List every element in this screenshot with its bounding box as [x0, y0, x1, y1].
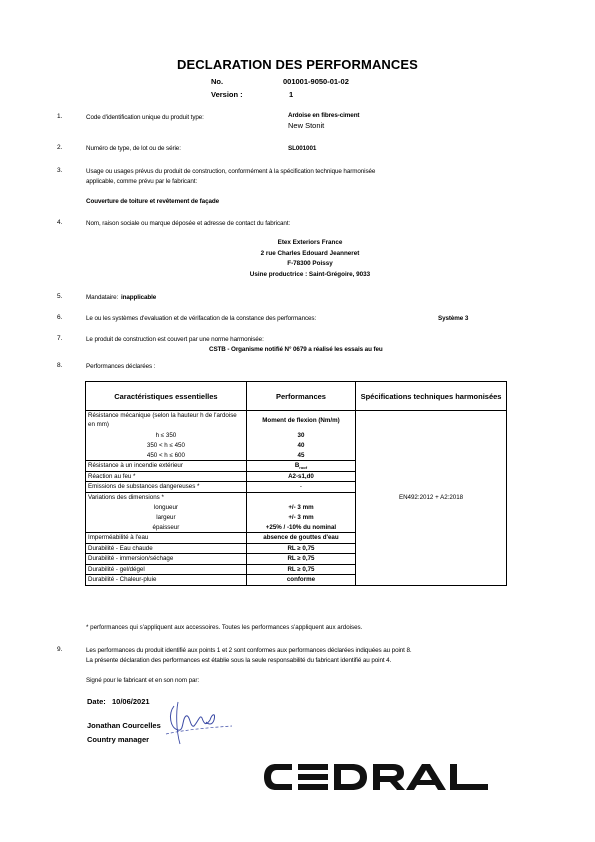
fire-class-subscript: roof	[299, 465, 307, 470]
harmonised-spec: EN492:2012 + A2:2018	[356, 411, 507, 586]
type-number: SL001001	[288, 145, 316, 152]
section-6-label: Le ou les systèmes d'evaluation et de vé…	[86, 315, 316, 322]
row-label: épaisseur	[86, 522, 247, 533]
section-9-line1: Les performances du produit identifié au…	[86, 647, 412, 654]
address-line: Usine productrice : Saint-Grégoire, 9033	[200, 270, 420, 281]
intended-use: Couverture de toiture et revêtement de f…	[86, 198, 219, 205]
section-4-label: Nom, raison sociale ou marque déposée et…	[86, 220, 290, 227]
row-label: 450 < h ≤ 600	[86, 450, 247, 461]
row-label: longueur	[86, 502, 247, 512]
section-1-label: Code d'identification unique du produit …	[86, 114, 204, 121]
date-label: Date:	[87, 697, 106, 706]
section-6-number: 6.	[57, 314, 62, 321]
cedral-logo-icon	[262, 760, 502, 794]
notified-body: CSTB - Organisme notifié N° 0679 a réali…	[209, 346, 383, 353]
row-label: Durabilité - gel/dégel	[86, 564, 247, 575]
row-value: RL ≥ 0,75	[246, 554, 355, 565]
table-footnote: * performances qui s'appliquent aux acce…	[86, 624, 362, 631]
row-label: Réaction au feu *	[86, 471, 247, 482]
address-line: F-78300 Poissy	[200, 259, 420, 270]
row-value: +25% / -10% du nominal	[246, 522, 355, 533]
document-title: DECLARATION DES PERFORMANCES	[0, 57, 595, 72]
section-3-number: 3.	[57, 167, 62, 174]
row-value: +/- 3 mm	[246, 502, 355, 512]
section-9-number: 9.	[57, 646, 62, 653]
signatory-role: Country manager	[87, 735, 149, 744]
row-label: largeur	[86, 512, 247, 522]
address-line: 2 rue Charles Edouard Jeanneret	[200, 249, 420, 260]
row-label: h ≤ 350	[86, 430, 247, 440]
row-value: -	[246, 482, 355, 493]
section-8-number: 8.	[57, 362, 62, 369]
section-7-number: 7.	[57, 335, 62, 342]
column-header: Performances	[246, 382, 355, 411]
row-value	[246, 492, 355, 502]
handwritten-signature-icon	[160, 700, 240, 750]
row-value: conforme	[246, 575, 355, 586]
section-3-line1: Usage ou usages prévus du produit de con…	[86, 168, 375, 175]
section-9-line2: La présente déclaration des performances…	[86, 657, 391, 664]
doc-number-value: 001001-9050-01-02	[283, 77, 349, 86]
table-row: Résistance mécanique (selon la hauteur h…	[86, 411, 507, 431]
column-header: Spécifications techniques harmonisées	[356, 382, 507, 411]
column-header: Caractéristiques essentielles	[86, 382, 247, 411]
section-2-label: Numéro de type, de lot ou de série:	[86, 145, 181, 152]
doc-number-label: No.	[211, 77, 223, 86]
row-label: Durabilité - immersion/séchage	[86, 554, 247, 565]
section-1-number: 1.	[57, 113, 62, 120]
row-label: Emissions de substances dangereuses *	[86, 482, 247, 493]
signed-for-label: Signé pour le fabricant et en son nom pa…	[86, 677, 199, 684]
assessment-system: Système 3	[438, 315, 468, 322]
signatory-name: Jonathan Courcelles	[87, 721, 161, 730]
performance-table: Caractéristiques essentielles Performanc…	[85, 381, 507, 586]
row-value: RL ≥ 0,75	[246, 543, 355, 554]
row-value: A2-s1,d0	[246, 471, 355, 482]
date-value: 10/06/2021	[112, 697, 150, 706]
section-7-label: Le produit de construction est couvert p…	[86, 336, 264, 343]
row-label: 350 < h ≤ 450	[86, 440, 247, 450]
row-value: +/- 3 mm	[246, 512, 355, 522]
row-label: Résistance mécanique (selon la hauteur h…	[86, 411, 247, 431]
row-value: absence de gouttes d'eau	[246, 533, 355, 544]
section-4-number: 4.	[57, 219, 62, 226]
version-label: Version :	[211, 90, 243, 99]
row-value: 40	[246, 440, 355, 450]
product-name: New Stonit	[288, 121, 324, 130]
version-value: 1	[289, 90, 293, 99]
section-2-number: 2.	[57, 144, 62, 151]
manufacturer-address: Etex Exteriors France 2 rue Charles Edou…	[200, 238, 420, 280]
row-label: Variations des dimensions *	[86, 492, 247, 502]
table-header-row: Caractéristiques essentielles Performanc…	[86, 382, 507, 411]
section-3-line2: applicable, comme prévu par le fabricant…	[86, 178, 197, 185]
row-label: Résistance à un incendie extérieur	[86, 461, 247, 472]
address-line: Etex Exteriors France	[200, 238, 420, 249]
row-value: Moment de flexion (Nm/m)	[246, 411, 355, 431]
row-value: RL ≥ 0,75	[246, 564, 355, 575]
section-5-label: Mandataire:	[86, 294, 118, 301]
section-8-label: Performances déclarées :	[86, 363, 155, 370]
row-value: Broof	[246, 461, 355, 472]
product-type: Ardoise en fibres-ciment	[288, 112, 359, 119]
row-label: Imperméabilité à l'eau	[86, 533, 247, 544]
row-label: Durabilité - Eau chaude	[86, 543, 247, 554]
representative-value: inapplicable	[121, 294, 156, 301]
row-value: 45	[246, 450, 355, 461]
row-value: 30	[246, 430, 355, 440]
row-label: Durabilité - Chaleur-pluie	[86, 575, 247, 586]
section-5-number: 5.	[57, 293, 62, 300]
